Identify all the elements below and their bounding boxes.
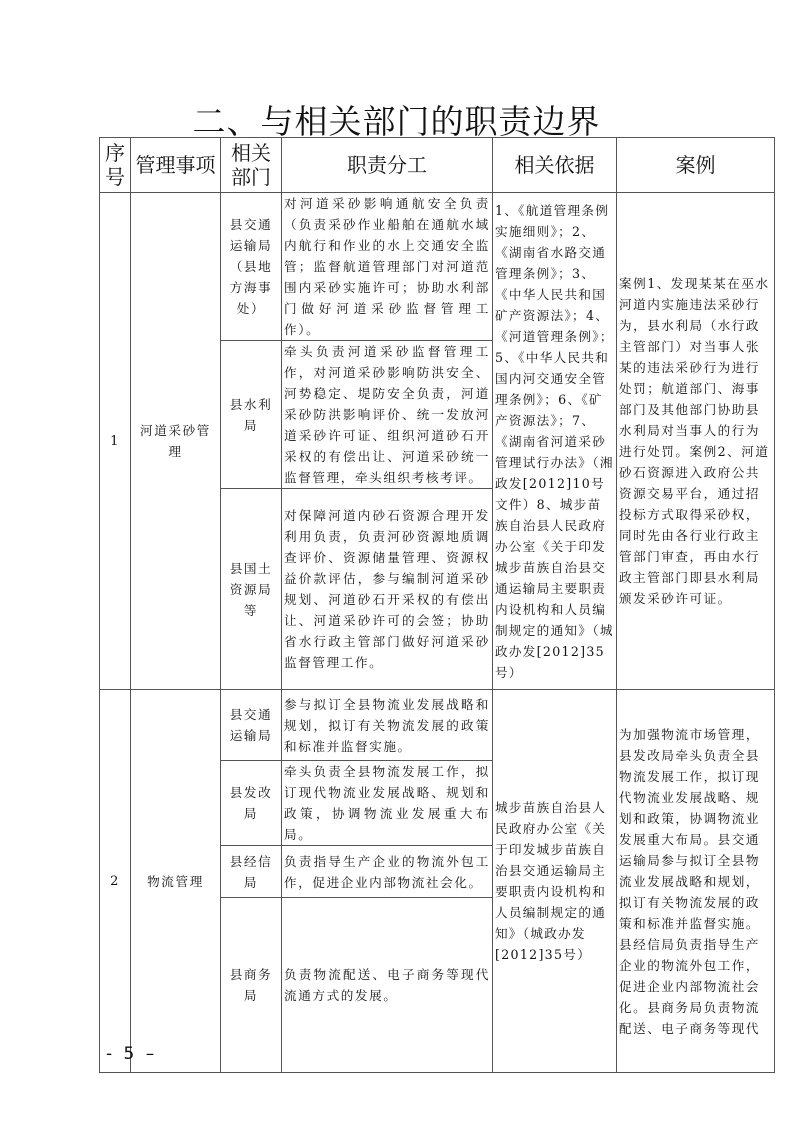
dept-duty: 负责物流配送、电子商务等现代流通方式的发展。 xyxy=(282,898,493,1073)
row-basis: 城步苗族自治县人民政府办公室《关于印发城步苗族自治县交通运输局主要职责内设机构和… xyxy=(493,690,617,1073)
dept-duty: 牵头负责河道采砂监督管理工作，对河道采砂影响防洪安全、河势稳定、堤防安全负责，河… xyxy=(282,341,493,489)
row-basis: 1、《航道管理条例实施细则》；2、《湖南省水路交通管理条例》；3、《中华人民共和… xyxy=(493,193,617,690)
table-row: 2 物流管理 县交通运输局 参与拟订全县物流业发展战略和规划，拟订有关物流发展的… xyxy=(100,690,775,761)
dept-name: 县交通运输局（县地方海事处） xyxy=(221,193,282,341)
page-number: - 5 – xyxy=(106,1044,157,1064)
table-header-row: 序号 管理事项 相关部门 职责分工 相关依据 案例 xyxy=(100,138,775,193)
row-case: 为加强物流市场管理，县发改局牵头负责全县物流发展工作，拟订现代物流业发展战略、规… xyxy=(617,690,775,1073)
row-seq: 1 xyxy=(100,193,131,690)
row-case: 案例1、发现某某在巫水河道内实施违法采砂行为，县水利局（水行政主管部门）对当事人… xyxy=(617,193,775,690)
header-seq: 序号 xyxy=(100,138,131,193)
row-seq: 2 xyxy=(100,690,131,1073)
table-row: 1 河道采砂管理 县交通运输局（县地方海事处） 对河道采砂影响通航安全负责（负责… xyxy=(100,193,775,341)
header-basis: 相关依据 xyxy=(493,138,617,193)
row-item: 物流管理 xyxy=(131,690,221,1073)
dept-duty: 参与拟订全县物流业发展战略和规划，拟订有关物流发展的政策和标准并监督实施。 xyxy=(282,690,493,761)
dept-name: 县发改局 xyxy=(221,761,282,846)
dept-name: 县国土资源局等 xyxy=(221,489,282,690)
header-case: 案例 xyxy=(617,138,775,193)
header-dept: 相关部门 xyxy=(221,138,282,193)
dept-duty: 对河道采砂影响通航安全负责（负责采砂作业船舶在通航水域内航行和作业的水上交通安全… xyxy=(282,193,493,341)
dept-name: 县经信局 xyxy=(221,846,282,898)
dept-duty: 对保障河道内砂石资源合理开发利用负责，负责河砂资源地质调查评价、资源储量管理、资… xyxy=(282,489,493,690)
header-duty: 职责分工 xyxy=(282,138,493,193)
row-item: 河道采砂管理 xyxy=(131,193,221,690)
dept-name: 县交通运输局 xyxy=(221,690,282,761)
responsibility-table: 序号 管理事项 相关部门 职责分工 相关依据 案例 1 河道采砂管理 县交通运输… xyxy=(99,137,775,1073)
header-item: 管理事项 xyxy=(131,138,221,193)
dept-duty: 负责指导生产企业的物流外包工作，促进企业内部物流社会化。 xyxy=(282,846,493,898)
page-title: 二、与相关部门的职责边界 xyxy=(0,96,793,143)
dept-name: 县水利局 xyxy=(221,341,282,489)
dept-name: 县商务局 xyxy=(221,898,282,1073)
case-text: 案例1、发现某某在巫水河道内实施违法采砂行为，县水利局（水行政主管部门）对当事人… xyxy=(619,276,769,606)
dept-duty: 牵头负责全县物流发展工作，拟订现代物流业发展战略、规划和政策，协调物流业发展重大… xyxy=(282,761,493,846)
